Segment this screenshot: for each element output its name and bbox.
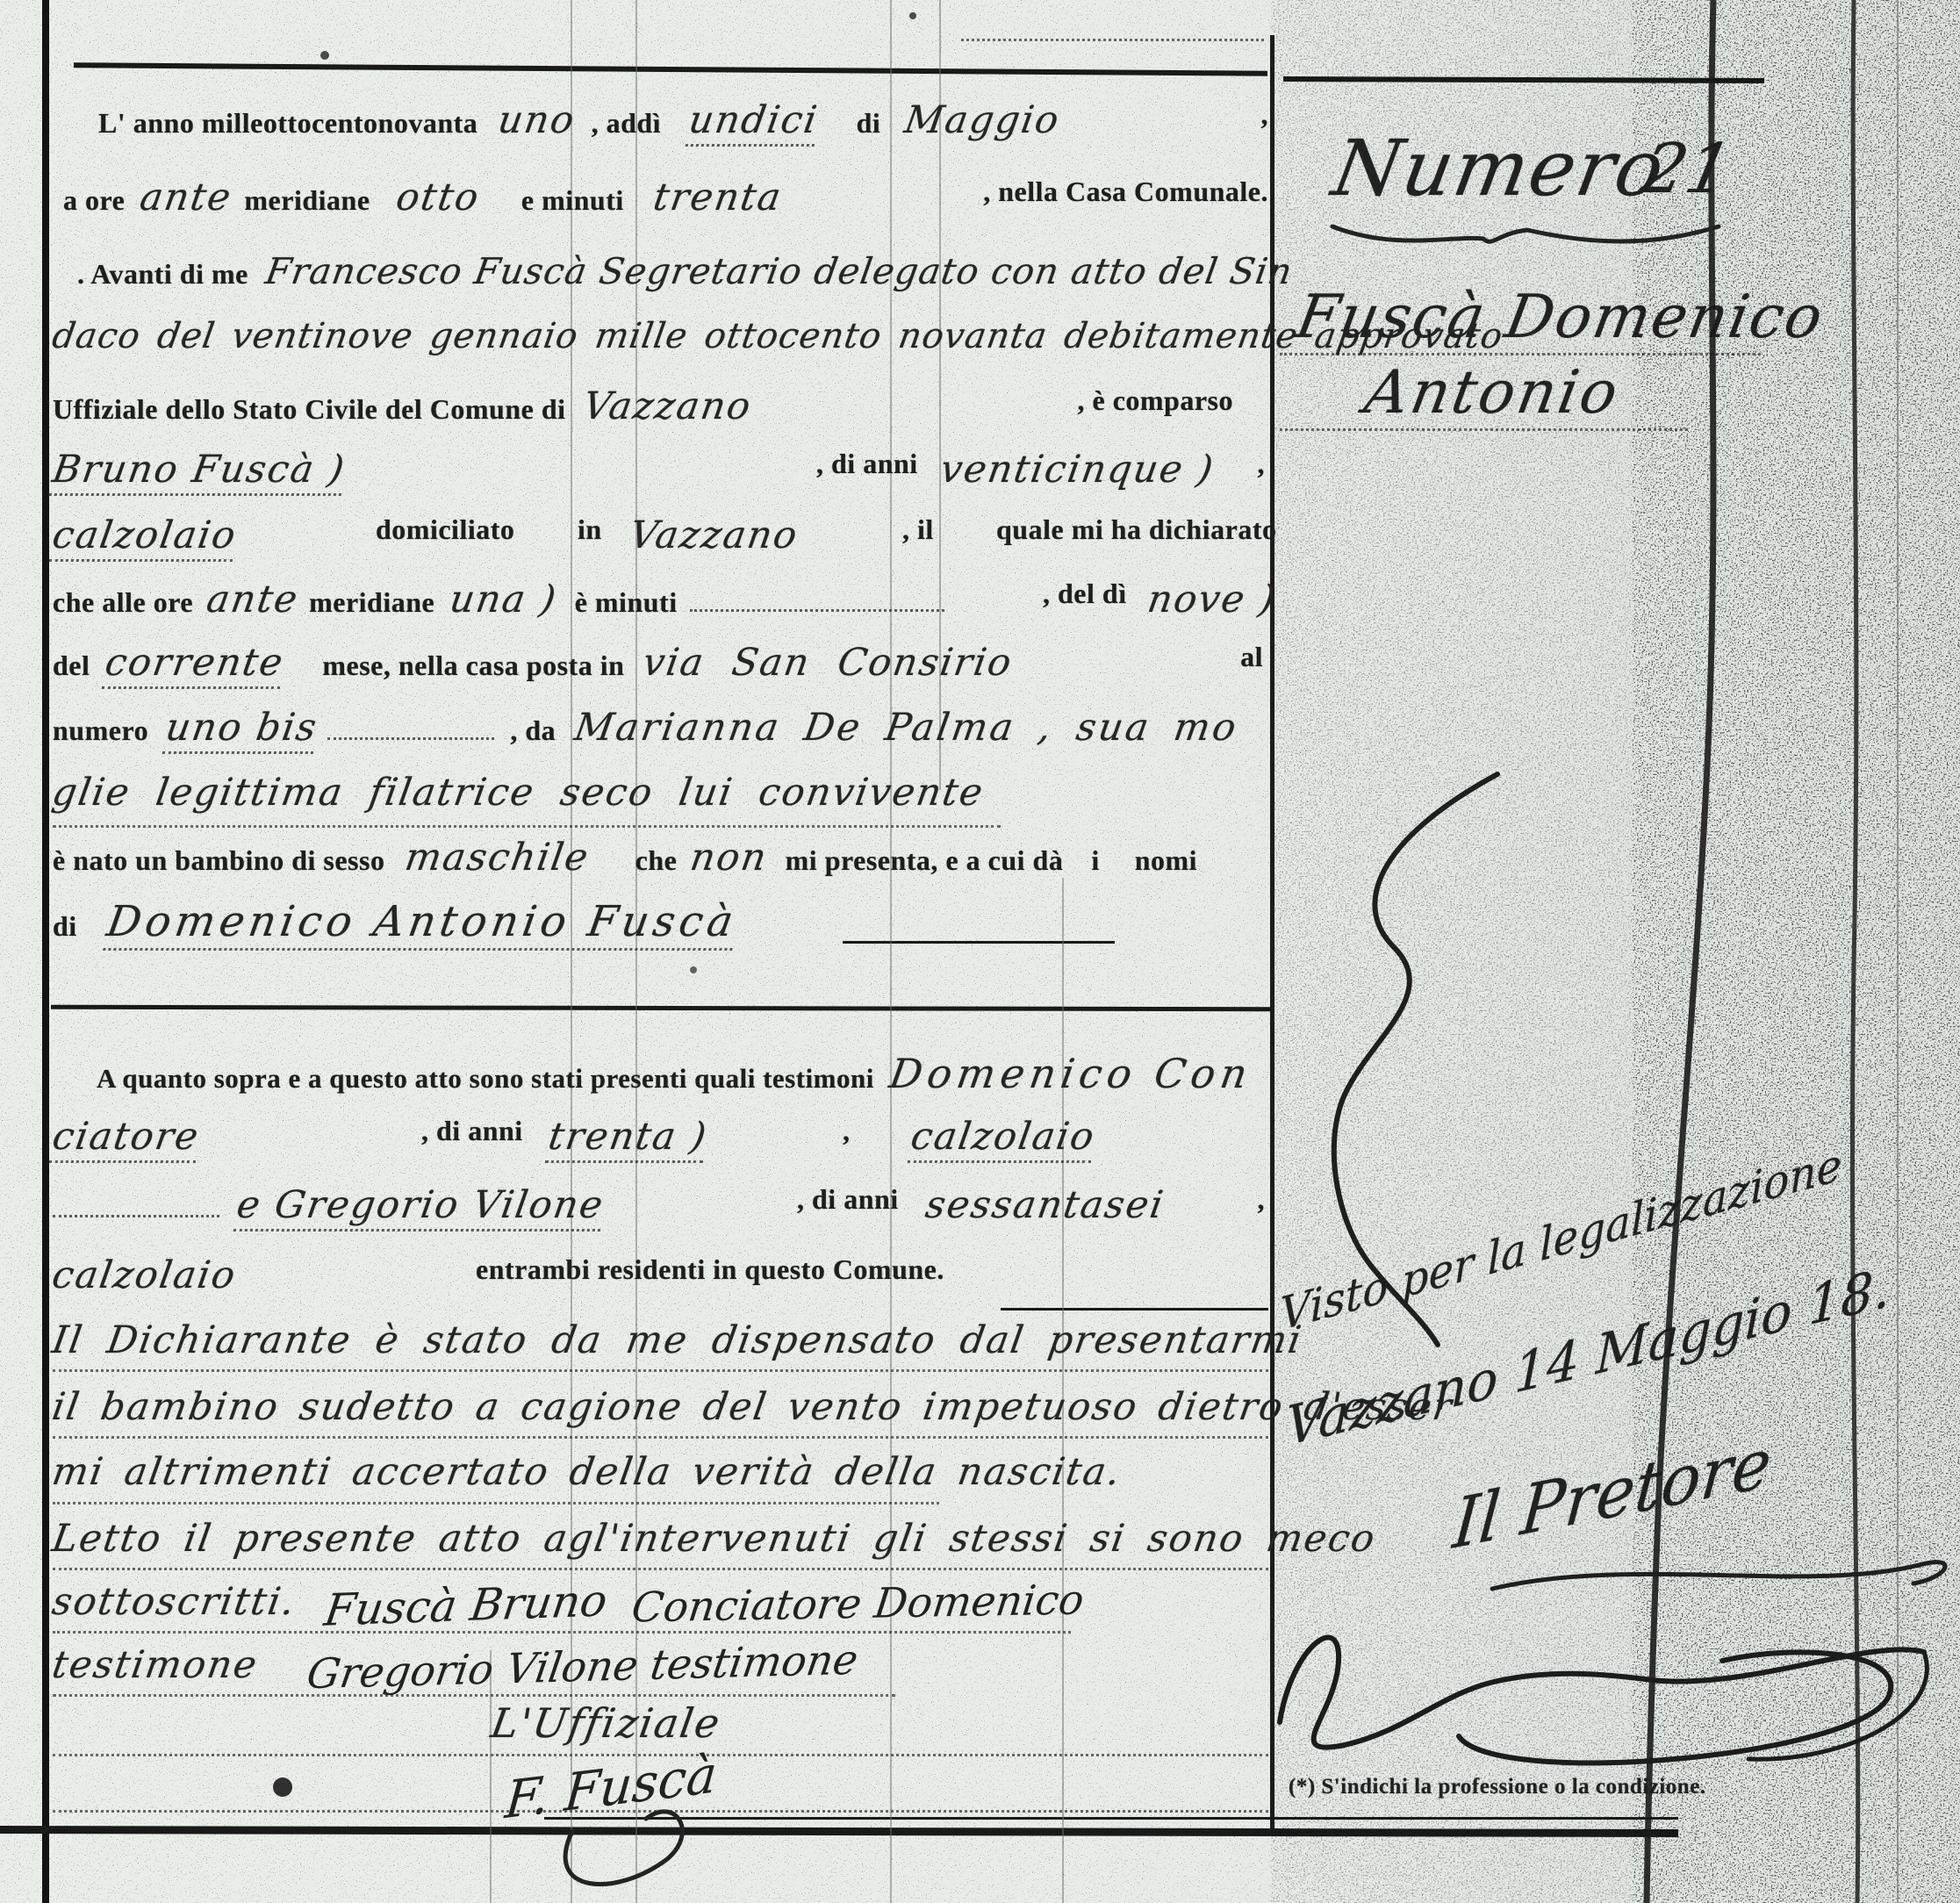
witness2-signature: Gregorio Vilone testimone: [304, 1636, 861, 1699]
form-text: a ore: [63, 184, 125, 216]
act-line-4: daco del ventinove gennaio mille ottocen…: [53, 316, 1268, 356]
dotted-rule: [53, 1631, 1071, 1634]
form-text: del: [53, 650, 90, 681]
entry-delegation: daco del ventinove gennaio mille ottocen…: [49, 316, 1505, 356]
bottom-rule-thin: [544, 1817, 1678, 1820]
magistrate-signature-stroke2: [1459, 1652, 1891, 1763]
column-divider: [1270, 35, 1274, 1836]
form-text: nomi: [1135, 844, 1197, 876]
entry-comune: Vazzano: [580, 384, 755, 428]
ink-blotch: [690, 966, 697, 973]
form-text: . Avanti di me: [77, 258, 248, 290]
entry-witness1-name: Domenico Con: [887, 1050, 1256, 1097]
act-line-9: del corrente mese, nella casa posta in v…: [53, 641, 1268, 689]
form-text: , di anni: [816, 448, 918, 480]
entry-non: non: [687, 836, 771, 880]
bottom-rule-thick: [0, 1826, 1678, 1837]
thin-fold-line-far-right: [1898, 0, 1899, 1903]
entry-witness1-age: trenta ): [545, 1115, 711, 1163]
official-signature-loop: [565, 1812, 682, 1885]
blank-dotted-field: [327, 707, 494, 740]
closing-text: mi altrimenti accertato della verità del…: [49, 1450, 1124, 1494]
entry-declarant-age: venticinque ): [937, 448, 1217, 492]
act-line-10: numero uno bis , da Marianna De Palma , …: [53, 706, 1268, 754]
dotted-rule: [53, 1502, 939, 1504]
entry-house-number: uno bis: [162, 706, 321, 754]
entry-minutes: trenta: [650, 176, 786, 219]
entry-meridian: ante: [137, 176, 235, 219]
act-line-6: Bruno Fuscà ) , di anni venticinque ) ,: [53, 448, 1268, 496]
act-line-8: che alle ore ante meridiane una ) è minu…: [53, 578, 1268, 621]
dotted-rule: [53, 1694, 895, 1697]
entry-witness1-name-cont: ciatore: [49, 1115, 203, 1163]
pretore-signature: Il Pretore: [1450, 1422, 1775, 1565]
top-rule-right: [1283, 76, 1764, 83]
dotted-rule: [53, 825, 1001, 828]
form-text: è nato un bambino di sesso: [53, 844, 384, 876]
entry-birth-month: corrente: [102, 641, 288, 689]
closing-line-2: il bambino sudetto a cagione del vento i…: [53, 1385, 1268, 1429]
heavy-fold-line-right: [1852, 0, 1857, 1903]
form-text: di: [53, 910, 77, 942]
act-line-12: è nato un bambino di sesso maschile che …: [53, 836, 1268, 880]
pretore-signature-swash: [1492, 1562, 1945, 1589]
form-text: , di anni: [421, 1115, 523, 1147]
form-text: meridiane: [244, 184, 370, 216]
witness1-signature: Conciatore Domenico: [629, 1576, 1087, 1632]
official-signature: F. Fuscà: [505, 1757, 718, 1817]
declarant-signature: Fuscà Bruno: [321, 1575, 610, 1636]
signatures-line-1: sottoscritti. Fuscà Bruno Conciatore Dom…: [53, 1580, 1268, 1624]
entry-declarant-profession: calzolaio: [49, 513, 241, 562]
entry-child-name: Domenico Antonio Fuscà: [103, 897, 741, 951]
act-line-2: a ore ante meridiane otto e minuti trent…: [53, 176, 1268, 219]
magistrate-signature-stroke1: [1280, 1637, 1924, 1747]
form-text: al: [1240, 641, 1263, 673]
form-text: , addì: [592, 107, 661, 139]
dotted-rule: [961, 39, 1264, 41]
form-text: meridiane: [309, 586, 434, 618]
entry-birth-day: nove ): [1145, 578, 1280, 621]
form-text: mi presenta, e a cui dà: [786, 844, 1064, 876]
closing-text: testimone: [49, 1643, 262, 1687]
signatures-line-2: testimone Gregorio Vilone testimone: [53, 1643, 1268, 1687]
numero-value: 21: [1634, 130, 1738, 209]
blank-dotted-field: [53, 1185, 219, 1217]
act-line-11: glie legittima filatrice seco lui conviv…: [53, 771, 1268, 815]
entry-year: uno: [495, 98, 578, 142]
left-frame-bar: [42, 0, 49, 1903]
entry-mother-status: glie legittima filatrice seco lui conviv…: [49, 771, 987, 815]
form-text: di: [857, 107, 881, 139]
entry-witness2-name: e Gregorio Vilone: [233, 1183, 607, 1232]
entry-witness2-profession: calzolaio: [49, 1253, 240, 1297]
form-text: che: [635, 844, 678, 876]
form-text: è minuti: [575, 586, 678, 618]
entry-street: via San Consirio: [640, 641, 1016, 685]
form-text: Uffiziale dello Stato Civile del Comune …: [53, 393, 566, 425]
closing-text: Il Dichiarante è stato da me dispensato …: [49, 1318, 1306, 1362]
entry-residence: Vazzano: [627, 513, 801, 557]
entry-hour: otto: [393, 176, 483, 219]
closing-line-1: Il Dichiarante è stato da me dispensato …: [53, 1318, 1268, 1362]
form-text: i: [1091, 844, 1099, 876]
dotted-rule: [53, 1369, 1268, 1372]
form-text: L' anno milleottocentonovanta: [98, 107, 477, 139]
entry-sex: maschile: [402, 836, 592, 880]
official-title-text: L'Uffiziale: [488, 1699, 725, 1747]
form-text: A quanto sopra e a questo atto sono stat…: [97, 1063, 874, 1094]
form-text: ,: [1261, 98, 1269, 131]
act-line-5: Uffiziale dello Stato Civile del Comune …: [53, 384, 1268, 428]
form-text: numero: [53, 715, 148, 746]
footnote: (*) S'indichi la professione o la condiz…: [1289, 1775, 1706, 1799]
entry-declarant: Bruno Fuscà ): [49, 448, 349, 496]
witness-line-1: A quanto sopra e a questo atto sono stat…: [53, 1050, 1268, 1097]
entry-day: undici: [686, 98, 822, 147]
dotted-rule: [53, 1568, 1268, 1570]
form-text: ,: [1258, 1183, 1266, 1216]
form-text: entrambi residenti in questo Comune.: [476, 1253, 944, 1286]
form-text: , è comparso: [1077, 384, 1233, 417]
form-text: e minuti: [521, 184, 624, 216]
witness-line-4: calzolaio entrambi residenti in questo C…: [53, 1253, 1268, 1297]
margin-name-line2: Antonio: [1360, 358, 1626, 427]
act-line-13: di Domenico Antonio Fuscà: [53, 897, 1268, 951]
entry-month: Maggio: [901, 98, 1063, 142]
margin-name-line1: Fuscà Domenico: [1291, 283, 1829, 352]
entry-official-name: Francesco Fuscà Segretario delegato con …: [262, 250, 1296, 292]
numero-label: Numero: [1326, 123, 1672, 213]
entry-birth-hour: una ): [447, 578, 560, 621]
act-line-1: L' anno milleottocentonovanta uno , addì…: [53, 98, 1268, 147]
form-text: domiciliato: [376, 513, 514, 546]
official-title: L'Uffiziale: [492, 1699, 721, 1747]
act-line-7: calzolaio domiciliato in Vazzano , il qu…: [53, 513, 1268, 562]
dotted-rule: [1280, 428, 1688, 431]
form-text: in: [578, 513, 602, 546]
form-text: , di anni: [797, 1183, 899, 1216]
entry-birth-meridian: ante: [204, 578, 302, 621]
form-text: , da: [510, 715, 556, 746]
ink-blotch: [273, 1777, 292, 1797]
section-divider: [51, 1005, 1271, 1011]
form-text: che alle ore: [53, 586, 193, 618]
entry-witness2-age: sessantasei: [923, 1183, 1167, 1227]
form-text: ,: [1258, 448, 1266, 480]
blank-dotted-field: [690, 579, 944, 612]
form-text: , il: [902, 513, 934, 546]
birth-record-scan: L' anno milleottocentonovanta uno , addì…: [0, 0, 1960, 1903]
form-text: quale mi ha dichiarato: [996, 513, 1276, 546]
form-text: , nella Casa Comunale.: [983, 176, 1268, 208]
closing-line-3: mi altrimenti accertato della verità del…: [53, 1450, 1268, 1494]
closing-text: Letto il presente atto agl'intervenuti g…: [49, 1517, 1379, 1561]
top-rule-left: [74, 62, 1267, 75]
dotted-rule: [53, 1436, 1268, 1439]
entry-witness1-profession: calzolaio: [908, 1115, 1099, 1163]
entry-mother-name: Marianna De Palma , sua mo: [571, 706, 1241, 750]
closing-text: il bambino sudetto a cagione del vento i…: [49, 1385, 1456, 1429]
closing-text: sottoscritti.: [49, 1580, 299, 1624]
witness-line-2: ciatore , di anni trenta ) , calzolaio: [53, 1115, 1268, 1163]
comune-blank-line: [1001, 1308, 1268, 1311]
numero-underline-flourish: [1332, 226, 1719, 241]
ink-blotch: [909, 12, 916, 19]
closing-line-4: Letto il presente atto agl'intervenuti g…: [53, 1517, 1268, 1561]
form-text: ,: [843, 1115, 851, 1147]
witness-line-3: e Gregorio Vilone , di anni sessantasei …: [53, 1183, 1268, 1232]
form-text: , del dì: [1043, 578, 1127, 610]
ink-blotch: [320, 51, 329, 60]
magistrate-signature-stroke3: [1748, 1652, 1927, 1759]
act-line-3: . Avanti di me Francesco Fuscà Segretari…: [53, 250, 1268, 292]
form-text: mese, nella casa posta in: [322, 650, 624, 681]
